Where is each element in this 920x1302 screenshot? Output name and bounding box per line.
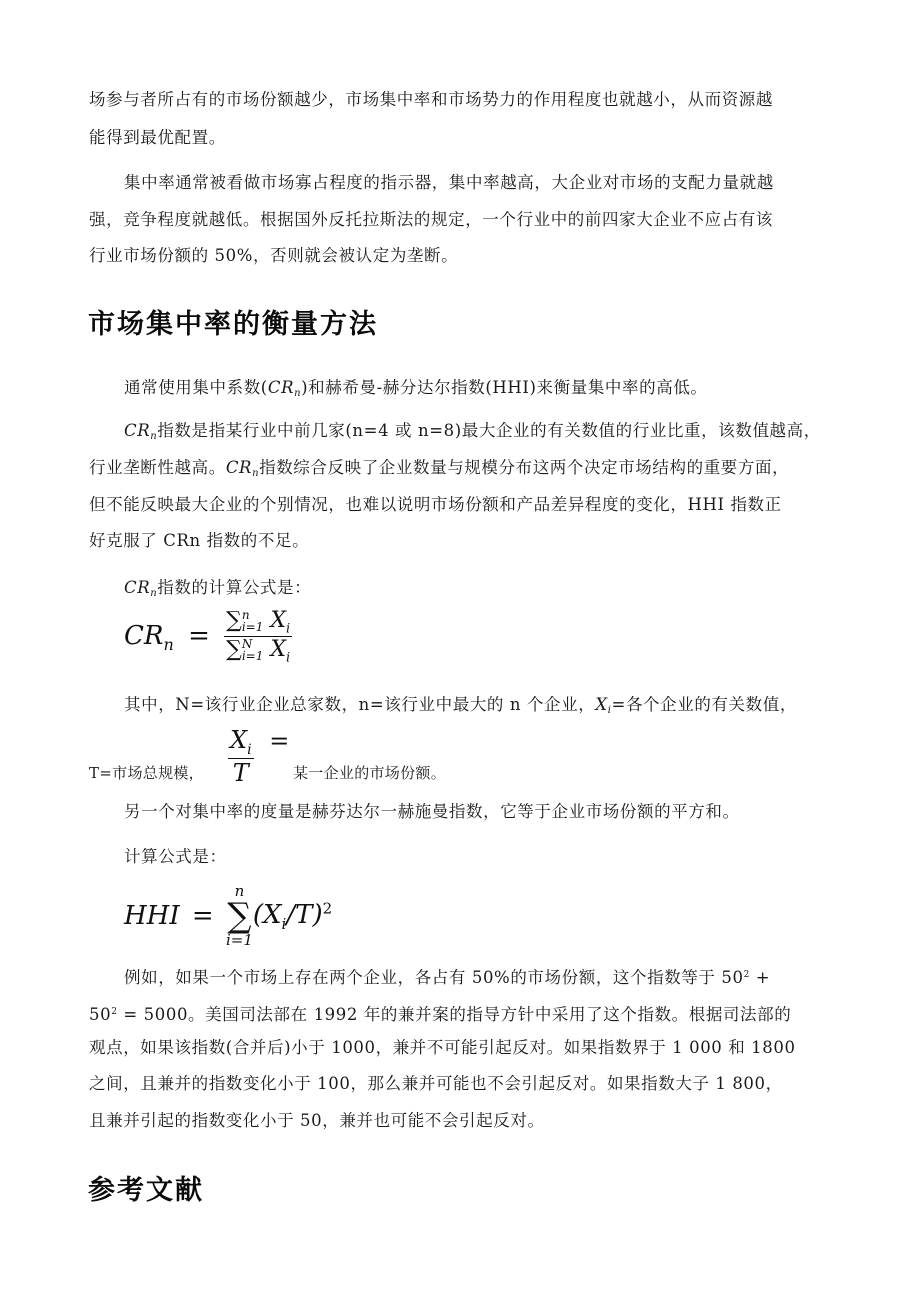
paragraph-line: 行业市场份额的 50%，否则就会被认定为垄断。 (89, 246, 458, 266)
example-text: = 5000。美国司法部在 1992 年的兼并案的指导方针中采用了这个指数。根据… (118, 1005, 792, 1024)
sum-lower-limit: i=1 (226, 933, 253, 948)
definitions-text: T=市场总规模， (89, 764, 204, 782)
references-heading: 参考文献 (88, 1168, 204, 1207)
fraction-denominator: T (228, 759, 254, 787)
sum-variable: X (270, 608, 286, 633)
body-exponent: 2 (323, 899, 333, 917)
sum-variable-subscript: i (286, 651, 290, 666)
fraction-equals: = (269, 727, 289, 755)
example-text: + (750, 968, 770, 987)
intro-text-before: 通常使用集中系数( (124, 378, 268, 397)
sum-variable: X (270, 637, 286, 662)
body-close: /T) (286, 900, 322, 930)
definitions-text: 其中，N=该行业企业总家数，n=该行业中最大的 n 个企业， (124, 695, 595, 714)
crn-paragraph-line: 行业垄断性越高。CRn指数综合反映了企业数量与规模分布这两个决定市场结构的重要方… (89, 458, 789, 484)
sum-symbol: ∑ (226, 899, 253, 933)
document-page: 场参与者所占有的市场份额越少，市场集中率和市场势力的作用程度也就越小，从而资源越… (0, 0, 920, 1302)
sum-operator: n ∑ i=1 (226, 884, 253, 948)
sum-symbol: ∑ (226, 608, 242, 633)
paragraph-line: 场参与者所占有的市场份额越少，市场集中率和市场势力的作用程度也就越小，从而资源越 (89, 90, 773, 110)
sum-lower-limit: i=1 (242, 650, 264, 662)
fraction-numerator-subscript: i (247, 742, 251, 758)
sum-variable-subscript: i (286, 621, 290, 636)
crn-paragraph-line: 好克服了 CRn 指数的不足。 (89, 531, 309, 551)
fraction: Xi T (228, 726, 254, 787)
sum-lower-limit: i=1 (242, 621, 264, 633)
formula-equals: = (192, 901, 214, 931)
formula-body: (Xi/T)2 (253, 900, 332, 930)
crn-paragraph-text: 指数综合反映了企业数量与规模分布这两个决定市场结构的重要方面， (259, 458, 789, 477)
example-text: 50 (89, 1005, 111, 1024)
example-line: 观点，如果该指数(合并后)小于 1000，兼并不可能引起反对。如果指数界于 1 … (89, 1038, 796, 1058)
paragraph-line: 集中率通常被看做市场寡占程度的指示器，集中率越高，大企业对市场的支配力量就越 (124, 173, 774, 193)
example-line: 且兼并引起的指数变化小于 50，兼并也可能不会引起反对。 (89, 1111, 545, 1131)
definitions-line: 某一企业的市场份额。 (293, 763, 446, 783)
fraction-denominator: ∑Ni=1 Xi (224, 637, 292, 665)
fraction-numerator: Xi (228, 726, 254, 759)
crn-formula: CRn = ∑ni=1 Xi ∑Ni=1 Xi (124, 608, 292, 666)
crn-paragraph-text: 行业垄断性越高。 (89, 458, 226, 477)
crn-symbol: CR (124, 578, 150, 597)
formula-equals: = (188, 621, 210, 651)
paragraph-line: 强，竞争程度就越低。根据国外反托拉斯法的规定，一个行业中的前四家大企业不应占有该 (89, 210, 773, 230)
paragraph-line: 能得到最优配置。 (89, 128, 226, 148)
formula-fraction: ∑ni=1 Xi ∑Ni=1 Xi (224, 608, 292, 666)
intro-line: 通常使用集中系数(CRn)和赫希曼-赫分达尔指数(HHI)来衡量集中率的高低。 (124, 378, 708, 404)
formula-lhs: CR (124, 621, 163, 651)
crn-paragraph-text: 指数是指某行业中前几家(n=4 或 n=8)最大企业的有关数值的行业比重，该数值… (157, 421, 821, 440)
formula-lhs: HHI (124, 901, 180, 931)
hhi-formula-intro: 计算公式是： (124, 847, 227, 867)
crn-paragraph-line: CRn指数是指某行业中前几家(n=4 或 n=8)最大企业的有关数值的行业比重，… (124, 421, 821, 447)
crn-paragraph-line: 但不能反映最大企业的个别情况，也难以说明市场份额和产品差异程度的变化，HHI 指… (89, 495, 782, 515)
xi-symbol: X (595, 695, 607, 714)
definitions-text: =各个企业的有关数值， (612, 695, 797, 714)
crn-formula-intro: CRn指数的计算公式是： (124, 578, 311, 604)
definitions-line: T=市场总规模， (89, 763, 204, 783)
hhi-intro-line: 另一个对集中率的度量是赫芬达尔一赫施曼指数，它等于企业市场份额的平方和。 (124, 802, 740, 822)
example-text: 例如，如果一个市场上存在两个企业，各占有 50%的市场份额，这个指数等于 50 (124, 968, 744, 987)
crn-symbol: CR (268, 378, 294, 397)
share-fraction: Xi T = (228, 726, 289, 787)
fraction-numerator: ∑ni=1 Xi (224, 608, 292, 637)
intro-text-after: )和赫希曼-赫分达尔指数(HHI)来衡量集中率的高低。 (301, 378, 707, 397)
formula-lhs-subscript: n (163, 635, 173, 654)
body-open: (X (253, 900, 282, 930)
definitions-line: 其中，N=该行业企业总家数，n=该行业中最大的 n 个企业，Xi=各个企业的有关… (124, 695, 797, 721)
example-line: 例如，如果一个市场上存在两个企业，各占有 50%的市场份额，这个指数等于 502… (124, 965, 770, 988)
hhi-formula: HHI = n ∑ i=1 (Xi/T)2 (124, 884, 332, 948)
example-line: 502 = 5000。美国司法部在 1992 年的兼并案的指导方针中采用了这个指… (89, 1002, 791, 1025)
section-heading: 市场集中率的衡量方法 (88, 302, 378, 341)
sum-symbol: ∑ (226, 637, 242, 662)
crn-symbol: CR (124, 421, 150, 440)
crn-symbol: CR (226, 458, 252, 477)
fraction-numerator-var: X (230, 726, 247, 754)
crn-formula-intro-text: 指数的计算公式是： (157, 578, 311, 597)
example-line: 之间，且兼并的指数变化小于 100，那么兼并可能也不会引起反对。如果指数大子 1… (89, 1074, 783, 1094)
